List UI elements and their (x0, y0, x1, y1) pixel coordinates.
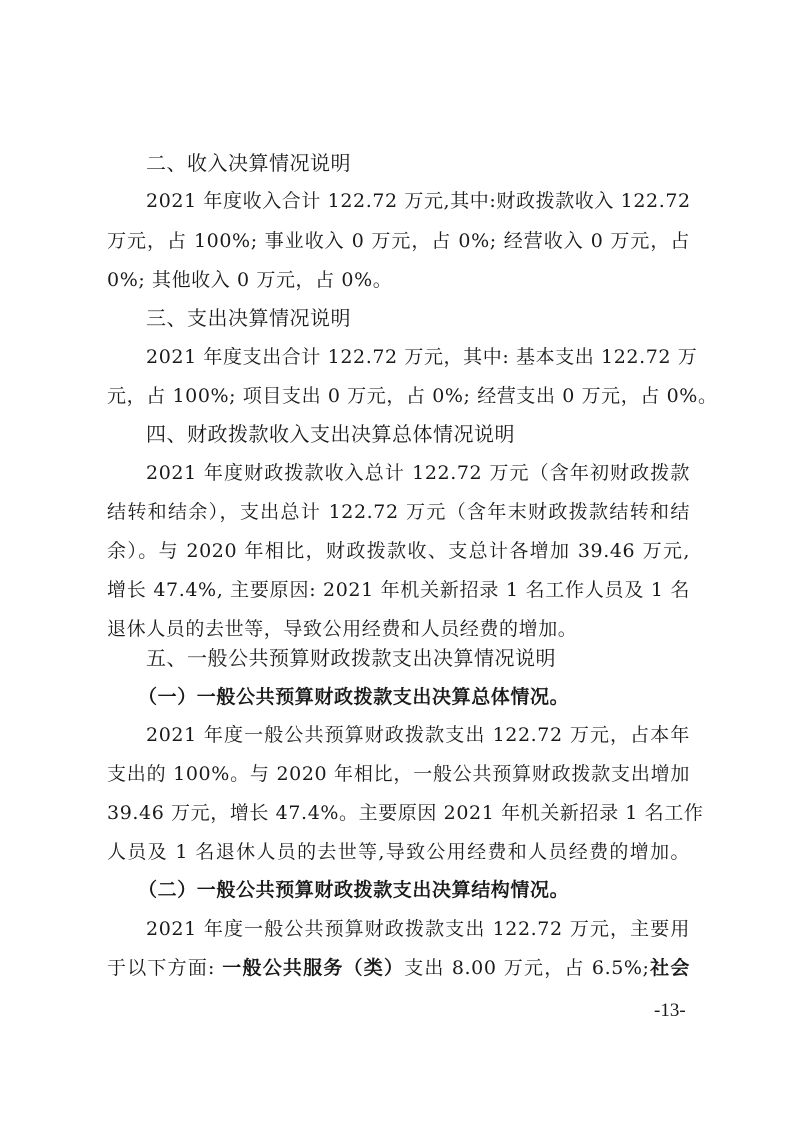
paragraph-line: 2021 年度一般公共预算财政拨款支出 122.72 万元，主要用 (146, 916, 690, 942)
bold-category: 一般公共服务（类） (222, 957, 404, 979)
section-heading-expenditure: 三、支出决算情况说明 (146, 305, 690, 331)
paragraph-line: 2021 年度财政拨款收入总计 122.72 万元（含年初财政拨款 (146, 460, 690, 486)
paragraph-line: 元，占 100%; 项目支出 0 万元，占 0%; 经营支出 0 万元，占 0%… (107, 383, 690, 409)
paragraph-line: 人员及 1 名退休人员的去世等,导致公用经费和人员经费的增加。 (107, 839, 690, 865)
paragraph-line-mixed: 于以下方面: 一般公共服务（类）支出 8.00 万元，占 6.5%;社会 (107, 955, 690, 981)
text-run: 支出 8.00 万元，占 6.5%; (404, 957, 649, 979)
section-heading-fiscal-allocation: 四、财政拨款收入支出决算总体情况说明 (146, 421, 690, 447)
paragraph-line: 支出的 100%。与 2020 年相比，一般公共预算财政拨款支出增加 (107, 761, 690, 787)
subsection-heading-overall: （一）一般公共预算财政拨款支出决算总体情况。 (138, 684, 682, 710)
paragraph-line: 2021 年度收入合计 122.72 万元,其中:财政拨款收入 122.72 (146, 188, 690, 214)
section-heading-general-budget: 五、一般公共预算财政拨款支出决算情况说明 (146, 645, 690, 671)
paragraph-line: 余）。与 2020 年相比，财政拨款收、支总计各增加 39.46 万元, (107, 538, 690, 564)
bold-category: 社会 (650, 957, 690, 979)
section-heading-income: 二、收入决算情况说明 (146, 150, 690, 176)
subsection-heading-structure: （二）一般公共预算财政拨款支出决算结构情况。 (138, 877, 682, 903)
paragraph-line: 增长 47.4%, 主要原因: 2021 年机关新招录 1 名工作人员及 1 名 (107, 577, 690, 603)
paragraph-line: 万元，占 100%; 事业收入 0 万元，占 0%; 经营收入 0 万元，占 (107, 228, 690, 254)
text-run: 于以下方面: (107, 957, 222, 979)
paragraph-line: 结转和结余），支出总计 122.72 万元（含年末财政拨款结转和结 (107, 499, 690, 525)
paragraph-line: 39.46 万元，增长 47.4%。主要原因 2021 年机关新招录 1 名工作 (107, 800, 690, 826)
paragraph-line: 2021 年度一般公共预算财政拨款支出 122.72 万元，占本年 (146, 722, 690, 748)
document-page: 二、收入决算情况说明 2021 年度收入合计 122.72 万元,其中:财政拨款… (0, 0, 793, 1122)
paragraph-line: 退休人员的去世等，导致公用经费和人员经费的增加。 (107, 616, 690, 642)
page-number: -13- (654, 1000, 686, 1022)
paragraph-line: 0%; 其他收入 0 万元，占 0%。 (107, 267, 690, 293)
paragraph-line: 2021 年度支出合计 122.72 万元，其中: 基本支出 122.72 万 (146, 344, 690, 370)
